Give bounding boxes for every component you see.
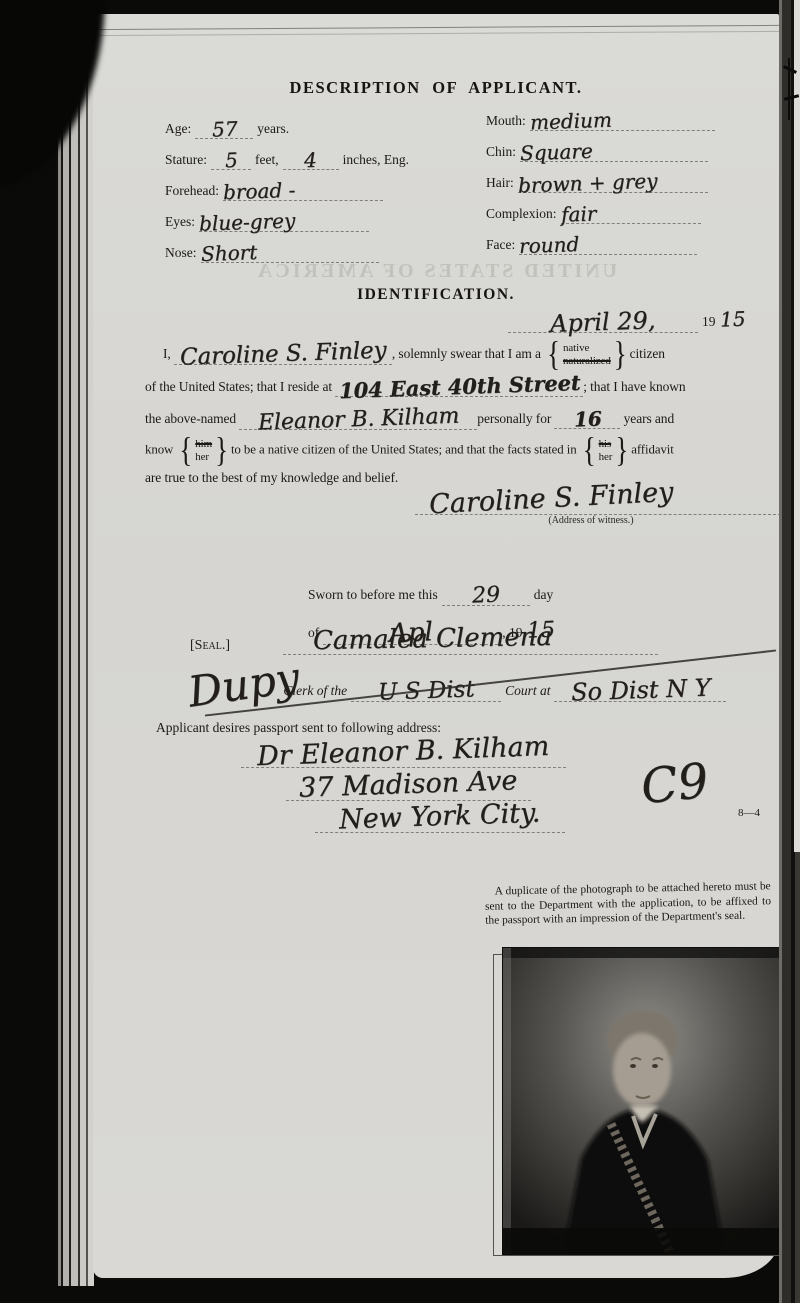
forehead-label: Forehead: — [165, 183, 219, 198]
field-row-stature: Stature: 5 feet, 4 inches, Eng. — [165, 145, 409, 176]
residence-field: 104 East 40th Street — [335, 371, 583, 397]
stature-feet-value: 5 — [224, 148, 238, 172]
witness-name-field: Caroline S. Finley — [174, 338, 392, 365]
year-value: 15 — [719, 307, 745, 332]
photograph-instruction-note: A duplicate of the photograph to be atta… — [485, 879, 772, 929]
court-location-value: So Dist N Y — [570, 674, 710, 707]
witness-name-value: Caroline S. Finley — [179, 337, 386, 370]
clerk-signature: Camalea Clemena — [313, 622, 552, 656]
portrait-illustration — [503, 948, 781, 1254]
court-at-label: Court at — [505, 683, 550, 698]
sworn-day-value: 29 — [471, 583, 500, 609]
oath-line4-end: affidavit — [631, 442, 674, 456]
oath-line4-start: know — [145, 442, 173, 456]
face-label: Face: — [486, 237, 515, 252]
oath-line3-end: years and — [624, 411, 674, 426]
binding-thread — [788, 58, 790, 120]
description-left-column: Age: 57 years. Stature: 5 feet, 4 inches… — [165, 114, 409, 269]
close-brace-glyph: } — [215, 433, 228, 468]
oath-i-label: I, — [163, 346, 171, 361]
oath-line-2: of the United States; that I reside at 1… — [145, 371, 769, 404]
oath-line1-text: , solemnly swear that I am a — [392, 346, 541, 361]
witness-signature: Caroline S. Finley — [428, 477, 674, 521]
face-value: round — [519, 232, 580, 258]
chin-field: Square — [520, 137, 708, 162]
sworn-day-field: 29 — [442, 580, 530, 606]
his-her-choice: { his her } — [583, 437, 629, 464]
oath-line5-text: are true to the best of my knowledge and… — [145, 470, 398, 485]
age-label: Age: — [165, 121, 191, 136]
forehead-value: broad - — [223, 178, 296, 205]
oath-line3-start: the above-named — [145, 411, 236, 426]
form-number: 8—4 — [738, 807, 760, 819]
age-field: 57 — [195, 114, 253, 139]
open-brace-glyph: { — [583, 433, 596, 468]
delivery-heading: Applicant desires passport sent to follo… — [156, 720, 441, 736]
her-option: her — [195, 451, 212, 464]
seal-label: [Seal.] — [190, 638, 230, 654]
section-title-identification: IDENTIFICATION. — [93, 286, 779, 304]
clerk-initials-mark: C9 — [638, 753, 711, 816]
field-row-mouth: Mouth: medium — [486, 106, 715, 137]
sworn-text-end: day — [534, 587, 554, 602]
her-option: her — [599, 451, 613, 464]
open-brace-glyph: { — [547, 337, 560, 372]
field-row-complexion: Complexion: fair — [486, 199, 715, 230]
section-title-description: DESCRIPTION OF APPLICANT. — [93, 78, 779, 98]
oath-paragraph: I, Caroline S. Finley, solemnly swear th… — [145, 338, 769, 503]
identification-date-line: April 29, 19 15 — [508, 304, 745, 333]
him-option-struck: him — [195, 438, 212, 451]
age-suffix: years. — [257, 121, 289, 136]
hair-field: brown + grey — [518, 168, 708, 193]
oath-line-1: I, Caroline S. Finley, solemnly swear th… — [145, 338, 769, 371]
adjacent-page-sliver — [794, 0, 800, 852]
chin-value: Square — [520, 139, 594, 166]
sworn-text-start: Sworn to before me this — [308, 587, 438, 602]
eyes-label: Eyes: — [165, 214, 195, 229]
oath-line1-end: citizen — [630, 346, 665, 361]
page-edge-line — [93, 25, 779, 30]
forehead-field: broad - — [223, 176, 383, 201]
field-row-chin: Chin: Square — [486, 137, 715, 168]
complexion-label: Complexion: — [486, 206, 557, 221]
oath-line-3: the above-named Eleanor B. Kilhampersona… — [145, 404, 769, 437]
stature-label: Stature: — [165, 152, 207, 167]
scanned-passport-application-page: DESCRIPTION OF APPLICANT. Age: 57 years.… — [0, 0, 800, 1303]
years-known-value: 16 — [573, 407, 601, 432]
applicant-name-field: Eleanor B. Kilham — [239, 404, 477, 430]
stature-feet-field: 5 — [211, 145, 251, 170]
court-location-field: So Dist N Y — [554, 673, 726, 702]
description-right-column: Mouth: medium Chin: Square Hair: brown +… — [486, 106, 715, 261]
sworn-line-1: Sworn to before me this 29 day — [308, 580, 553, 606]
complexion-field: fair — [561, 199, 701, 224]
eyes-value: blue-grey — [199, 208, 296, 235]
stature-inches-field: 4 — [283, 145, 339, 170]
delivery-line-2-field: 37 Madison Ave — [286, 769, 531, 801]
applicant-name-value: Eleanor B. Kilham — [257, 403, 459, 435]
close-brace-glyph: } — [614, 337, 627, 372]
page-edge-line — [93, 31, 779, 36]
bleed-through-ghost-text: UNITED STATES OF AMERICA — [93, 260, 779, 283]
stature-inches-value: 4 — [304, 148, 318, 172]
his-option-struck: his — [599, 438, 613, 451]
citizen-type-choice: { native naturalized } — [547, 341, 627, 368]
nose-label: Nose: — [165, 245, 197, 260]
oath-line2-end: ; that I have known — [583, 379, 685, 394]
form-page: DESCRIPTION OF APPLICANT. Age: 57 years.… — [93, 14, 779, 1278]
hair-label: Hair: — [486, 175, 514, 190]
years-known-field: 16 — [554, 404, 620, 429]
citizen-naturalized-option-struck: naturalized — [563, 355, 611, 368]
delivery-line-1-field: Dr Eleanor B. Kilham — [241, 736, 566, 768]
age-value: 57 — [211, 117, 237, 142]
clerk-signature-line: Camalea Clemena — [283, 624, 658, 655]
field-row-eyes: Eyes: blue-grey — [165, 207, 409, 238]
witness-signature-line: Caroline S. Finley — [415, 483, 781, 515]
hair-value: brown + grey — [517, 169, 657, 198]
delivery-street: 37 Madison Ave — [299, 765, 518, 804]
year-printed: 19 — [702, 314, 716, 329]
stature-feet-suffix: feet, — [255, 152, 279, 167]
field-row-forehead: Forehead: broad - — [165, 176, 409, 207]
mouth-field: medium — [530, 106, 715, 131]
oath-line2-start: of the United States; that I reside at — [145, 379, 332, 394]
oath-line-4: know { him her } to be a native citizen … — [145, 437, 769, 470]
applicant-photograph — [503, 948, 781, 1254]
citizen-native-option: native — [563, 342, 611, 355]
oath-line4-mid: to be a native citizen of the United Sta… — [231, 442, 577, 456]
him-her-choice: { him her } — [179, 437, 228, 464]
delivery-city: New York City. — [339, 797, 541, 835]
face-field: round — [519, 230, 697, 255]
date-field: April 29, — [508, 304, 698, 333]
mouth-label: Mouth: — [486, 113, 526, 128]
stature-inches-suffix: inches, Eng. — [343, 152, 409, 167]
close-brace-glyph: } — [615, 433, 628, 468]
field-row-age: Age: 57 years. — [165, 114, 409, 145]
residence-value: 104 East 40th Street — [338, 370, 580, 403]
complexion-value: fair — [560, 201, 596, 226]
eyes-field: blue-grey — [199, 207, 369, 232]
oath-line3-mid: personally for — [477, 411, 551, 426]
chin-label: Chin: — [486, 144, 516, 159]
delivery-line-3-field: New York City. — [315, 801, 565, 833]
book-page-stack-edge — [56, 0, 94, 1286]
witness-signature-block: Caroline S. Finley 104 East 40th Street … — [415, 482, 800, 526]
open-brace-glyph: { — [179, 433, 192, 468]
field-row-face: Face: round — [486, 230, 715, 261]
field-row-hair: Hair: brown + grey — [486, 168, 715, 199]
date-value: April 29, — [550, 306, 656, 338]
mouth-value: medium — [529, 108, 612, 135]
